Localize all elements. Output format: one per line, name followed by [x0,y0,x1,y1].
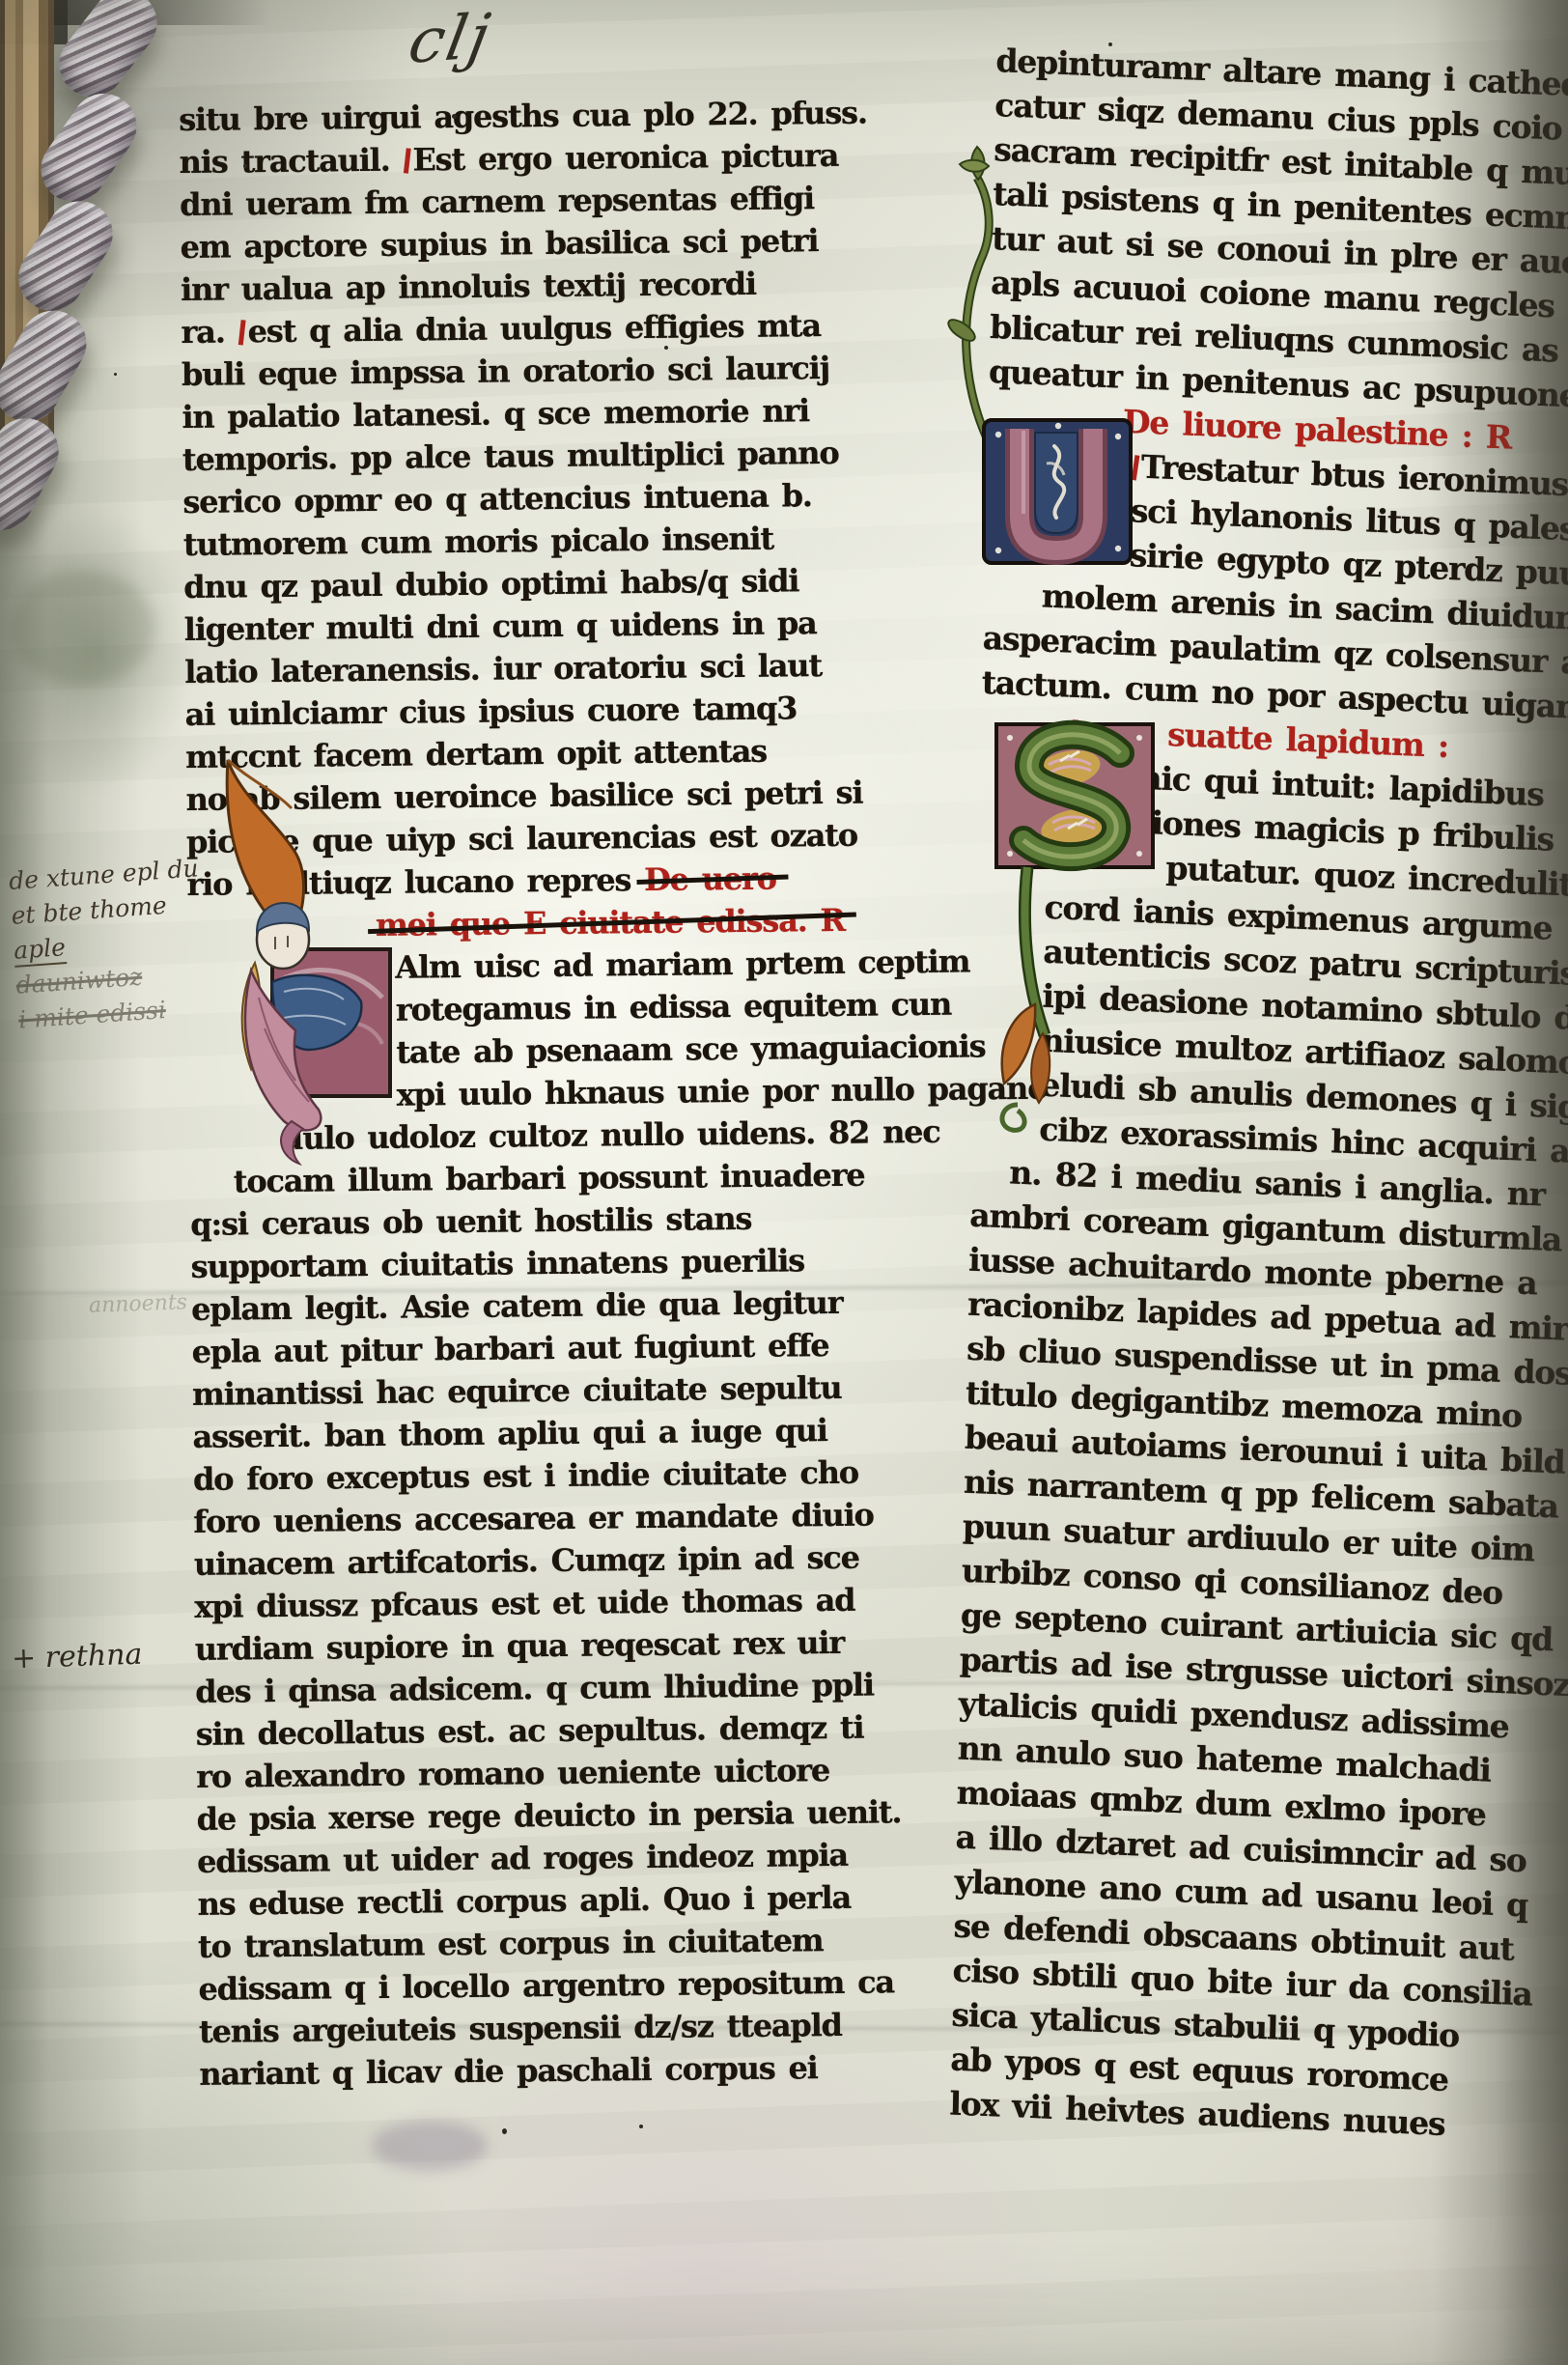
body-text: em apctore supius in basilica sci petri [180,222,818,266]
body-text: edissam ut uider ad roges indeoz mpia [197,1837,848,1880]
body-text: uinacem artifcatoris. Cumqz ipin ad sce [194,1539,859,1583]
text-line: nariant q licav die paschali corpus ei [199,2044,1015,2096]
body-text: do foro exceptus est i indie ciuitate ch… [193,1454,858,1498]
body-text: inr ualua ap innoluis textij recordi [181,266,756,308]
margin-note-lower: + rethna [11,1638,142,1676]
body-text: foro ueniens accesarea er mandate diuio [193,1497,874,1540]
body-text: buli eque impssa in oratorio sci laurcij [182,350,829,393]
body-text: xpi diussz pfcaus est et uide thomas ad [194,1582,854,1625]
body-text: serico opmr eo q attencius intuena b. [182,477,812,521]
body-text: dauniwtoz [15,963,143,999]
body-text: tutmorem cum moris picalo insenit [183,521,774,563]
ink-speck [243,164,247,168]
body-text: Alm uisc ad mariam prtem ceptim [395,943,969,985]
body-text: Est ergo ueronica pictura [412,137,838,179]
rubric-text: De uero [644,860,776,898]
body-text: ligenter multi dni cum q uidens in pa [184,605,817,648]
ink-speck [114,373,117,376]
body-text: ra. [181,313,238,351]
blue-rose-initial [979,413,1137,572]
body-text: dni ueram fm carnem repsentas effigi [180,180,814,223]
folio-number: clj [404,1,497,78]
body-text: to translatum est corpus in ciuitatem [198,1922,824,1965]
body-text: temporis. pp alce taus multiplici panno [182,435,839,478]
body-text: q:si ceraus ob uenit hostilis stans [190,1200,751,1243]
body-text: nariant q licav die paschali corpus ei [199,2049,818,2093]
margin-note-upper: de xtune epl duet bte thomeapledauniwtoz… [8,851,210,1037]
margin-note-faint: annoents [89,1290,188,1318]
ink-speck [452,114,457,119]
body-text: minantissi hac equirce ciuitate sepultu [192,1369,842,1413]
text-line: edissam q i locello argentro repositum c… [198,1959,1014,2011]
historiated-figure-initial [183,739,401,1168]
body-text: asserit. ban thom apliu qui a iuge qui [192,1412,827,1455]
body-text: sin decollatus est. ac sepultus. demqz t… [196,1709,864,1753]
body-text: latio lateranensis. iur oratoriu sci lau… [184,647,822,690]
body-text: de psia xerse rege deuicto in persia uen… [196,1793,901,1838]
body-text: situ bre uirgui agesths cua plo 22. pfus… [179,95,867,138]
body-text: nis tractauil. [179,142,403,181]
show-through-smudge [10,570,154,686]
cord-bead [0,407,70,542]
ink-speck [639,2125,643,2128]
body-text: xpi uulo hknaus unie por nullo pagano [397,1070,1048,1113]
body-text: i mite edissi [17,996,167,1034]
body-text: est q alia dnia uulgus effigies mta [247,307,821,350]
ink-speck [664,346,668,350]
rubric-text: mei que E ciuitate edissa. R [376,902,845,943]
body-text: rotegamus in edissa equitem cun [396,986,952,1028]
body-text: dnu qz paul dubio optimi habs/q sidi [183,562,798,605]
body-text: ro alexandro romano ueniente uictore [196,1752,829,1795]
body-text: supportam ciuitatis innatens puerilis [190,1242,804,1285]
body-text: urdiam supiore in qua reqescat rex uir [195,1624,845,1668]
body-text: ai uinlciamr cius ipsius cuore tamq3 [184,690,797,733]
body-text: des i qinsa adsicem. q cum lhiudine ppli [195,1667,874,1710]
rubric-mark [404,148,411,173]
body-text: tate ab psenaam sce ymaguiacionis [396,1028,985,1070]
body-text: aple [13,933,67,968]
text-line: de psia xerse rege deuicto in persia uen… [196,1789,1012,1841]
body-text: epla aut pitur barbari aut fugiunt effe [191,1327,828,1370]
green-s-initial [967,715,1165,1140]
body-text: eplam legit. Asie catem die qua legitur [191,1284,843,1328]
ink-speck [1108,42,1112,46]
ink-speck [502,2128,507,2134]
body-text: ns eduse rectli corpus apli. Quo i perla [197,1879,851,1923]
body-text: et bte thome [11,891,168,930]
body-text: in palatio latanesi. q sce memorie nri [182,392,809,436]
ink-smudge [372,2121,488,2171]
page-edge-shadow [0,512,193,792]
rubric-mark [238,320,246,345]
body-text: tenis argeiuteis suspensii dz/sz tteapld [199,2007,842,2050]
green-vine-flourish [933,141,1029,450]
body-text: edissam q i locello argentro repositum c… [198,1963,894,2008]
manuscript-page: clj situ bre uirgui agesths cua plo 22. … [0,0,1568,2365]
